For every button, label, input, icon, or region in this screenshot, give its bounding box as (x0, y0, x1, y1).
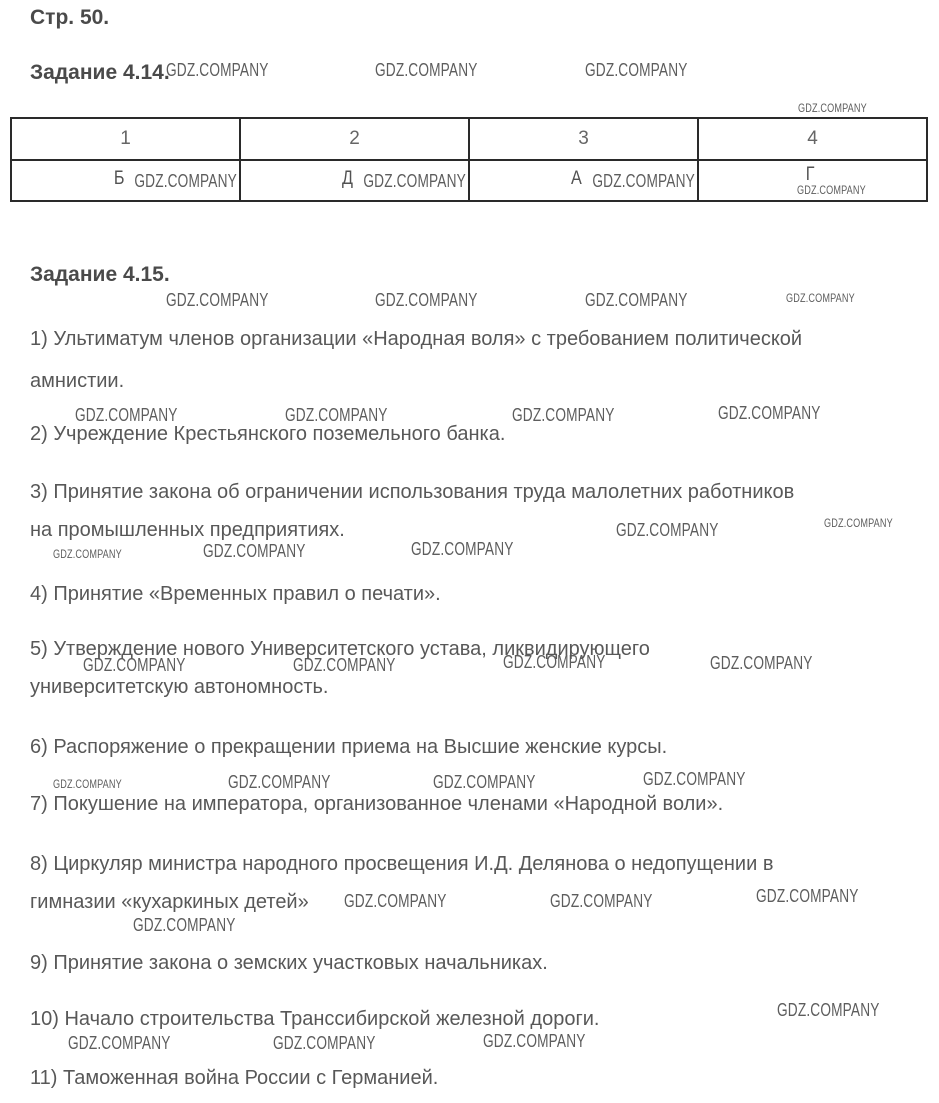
watermark: GDZ.COMPANY (83, 655, 186, 676)
answer-cell: Б GDZ.COMPANY (11, 160, 240, 201)
watermark: GDZ.COMPANY (375, 60, 478, 81)
watermark: GDZ.COMPANY (273, 1033, 376, 1054)
watermark: GDZ.COMPANY (375, 290, 478, 311)
list-item: 3) Принятие закона об ограничении исполь… (30, 480, 794, 504)
list-item: амнистии. (30, 369, 124, 393)
watermark: GDZ.COMPANY (53, 777, 122, 791)
watermark: GDZ.COMPANY (53, 547, 122, 561)
watermark: GDZ.COMPANY (228, 772, 331, 793)
watermark: GDZ.COMPANY (550, 891, 653, 912)
answer-cell: Д GDZ.COMPANY (240, 160, 469, 201)
watermark: GDZ.COMPANY (344, 891, 447, 912)
watermark: GDZ.COMPANY (798, 101, 867, 115)
list-item: на промышленных предприятиях. (30, 518, 345, 542)
watermark: GDZ.COMPANY (710, 653, 813, 674)
answer-letter: А (571, 168, 582, 190)
list-item: 8) Циркуляр министра народного просвещен… (30, 852, 773, 876)
list-item: 10) Начало строительства Транссибирской … (30, 1007, 599, 1031)
watermark: GDZ.COMPANY (756, 886, 859, 907)
table-header-cell: 2 (240, 118, 469, 160)
list-item: 2) Учреждение Крестьянского поземельного… (30, 422, 505, 446)
task-415-heading: Задание 4.15. (30, 263, 170, 287)
watermark: GDZ.COMPANY (166, 60, 269, 81)
answer-cell: Г GDZ.COMPANY (698, 160, 927, 201)
list-item: 9) Принятие закона о земских участковых … (30, 951, 548, 975)
answers-page: Стр. 50. Задание 4.14. GDZ.COMPANY GDZ.C… (0, 0, 939, 1103)
table-header-cell: 4 (698, 118, 927, 160)
watermark: GDZ.COMPANY (592, 171, 695, 192)
answer-cell: А GDZ.COMPANY (469, 160, 698, 201)
watermark: GDZ.COMPANY (68, 1033, 171, 1054)
table-header-cell: 1 (11, 118, 240, 160)
watermark: GDZ.COMPANY (824, 516, 893, 530)
watermark: GDZ.COMPANY (363, 171, 466, 192)
watermark: GDZ.COMPANY (433, 772, 536, 793)
list-item: 4) Принятие «Временных правил о печати». (30, 582, 441, 606)
watermark: GDZ.COMPANY (293, 655, 396, 676)
watermark: GDZ.COMPANY (503, 652, 606, 673)
watermark: GDZ.COMPANY (585, 290, 688, 311)
list-item: 7) Покушение на императора, организованн… (30, 792, 723, 816)
watermark: GDZ.COMPANY (133, 915, 236, 936)
watermark: GDZ.COMPANY (166, 290, 269, 311)
watermark: GDZ.COMPANY (718, 403, 821, 424)
list-item: гимназии «кухаркиных детей» (30, 890, 309, 914)
watermark: GDZ.COMPANY (786, 291, 855, 305)
answer-letter: Б (113, 168, 124, 190)
watermark: GDZ.COMPANY (483, 1031, 586, 1052)
table-header-row: 1 2 3 4 (11, 118, 927, 160)
watermark: GDZ.COMPANY (203, 541, 306, 562)
table-answer-row: Б GDZ.COMPANY Д GDZ.COMPANY А GDZ.COMPAN… (11, 160, 927, 201)
list-item: университетскую автономность. (30, 675, 329, 699)
task-414-heading: Задание 4.14. (30, 61, 170, 85)
watermark: GDZ.COMPANY (512, 405, 615, 426)
list-item: 1) Ультиматум членов организации «Народн… (30, 327, 802, 351)
answer-letter: Д (342, 168, 353, 190)
table-header-cell: 3 (469, 118, 698, 160)
watermark: GDZ.COMPANY (777, 1000, 880, 1021)
page-title: Стр. 50. (30, 6, 109, 30)
list-item: 11) Таможенная война России с Германией. (30, 1066, 438, 1090)
watermark: GDZ.COMPANY (616, 520, 719, 541)
watermark: GDZ.COMPANY (585, 60, 688, 81)
watermark: GDZ.COMPANY (134, 171, 237, 192)
watermark: GDZ.COMPANY (411, 539, 514, 560)
watermark: GDZ.COMPANY (797, 183, 866, 197)
answers-table: 1 2 3 4 Б GDZ.COMPANY Д GDZ.COMPANY А GD… (10, 117, 928, 202)
watermark: GDZ.COMPANY (643, 769, 746, 790)
list-item: 6) Распоряжение о прекращении приема на … (30, 735, 667, 759)
